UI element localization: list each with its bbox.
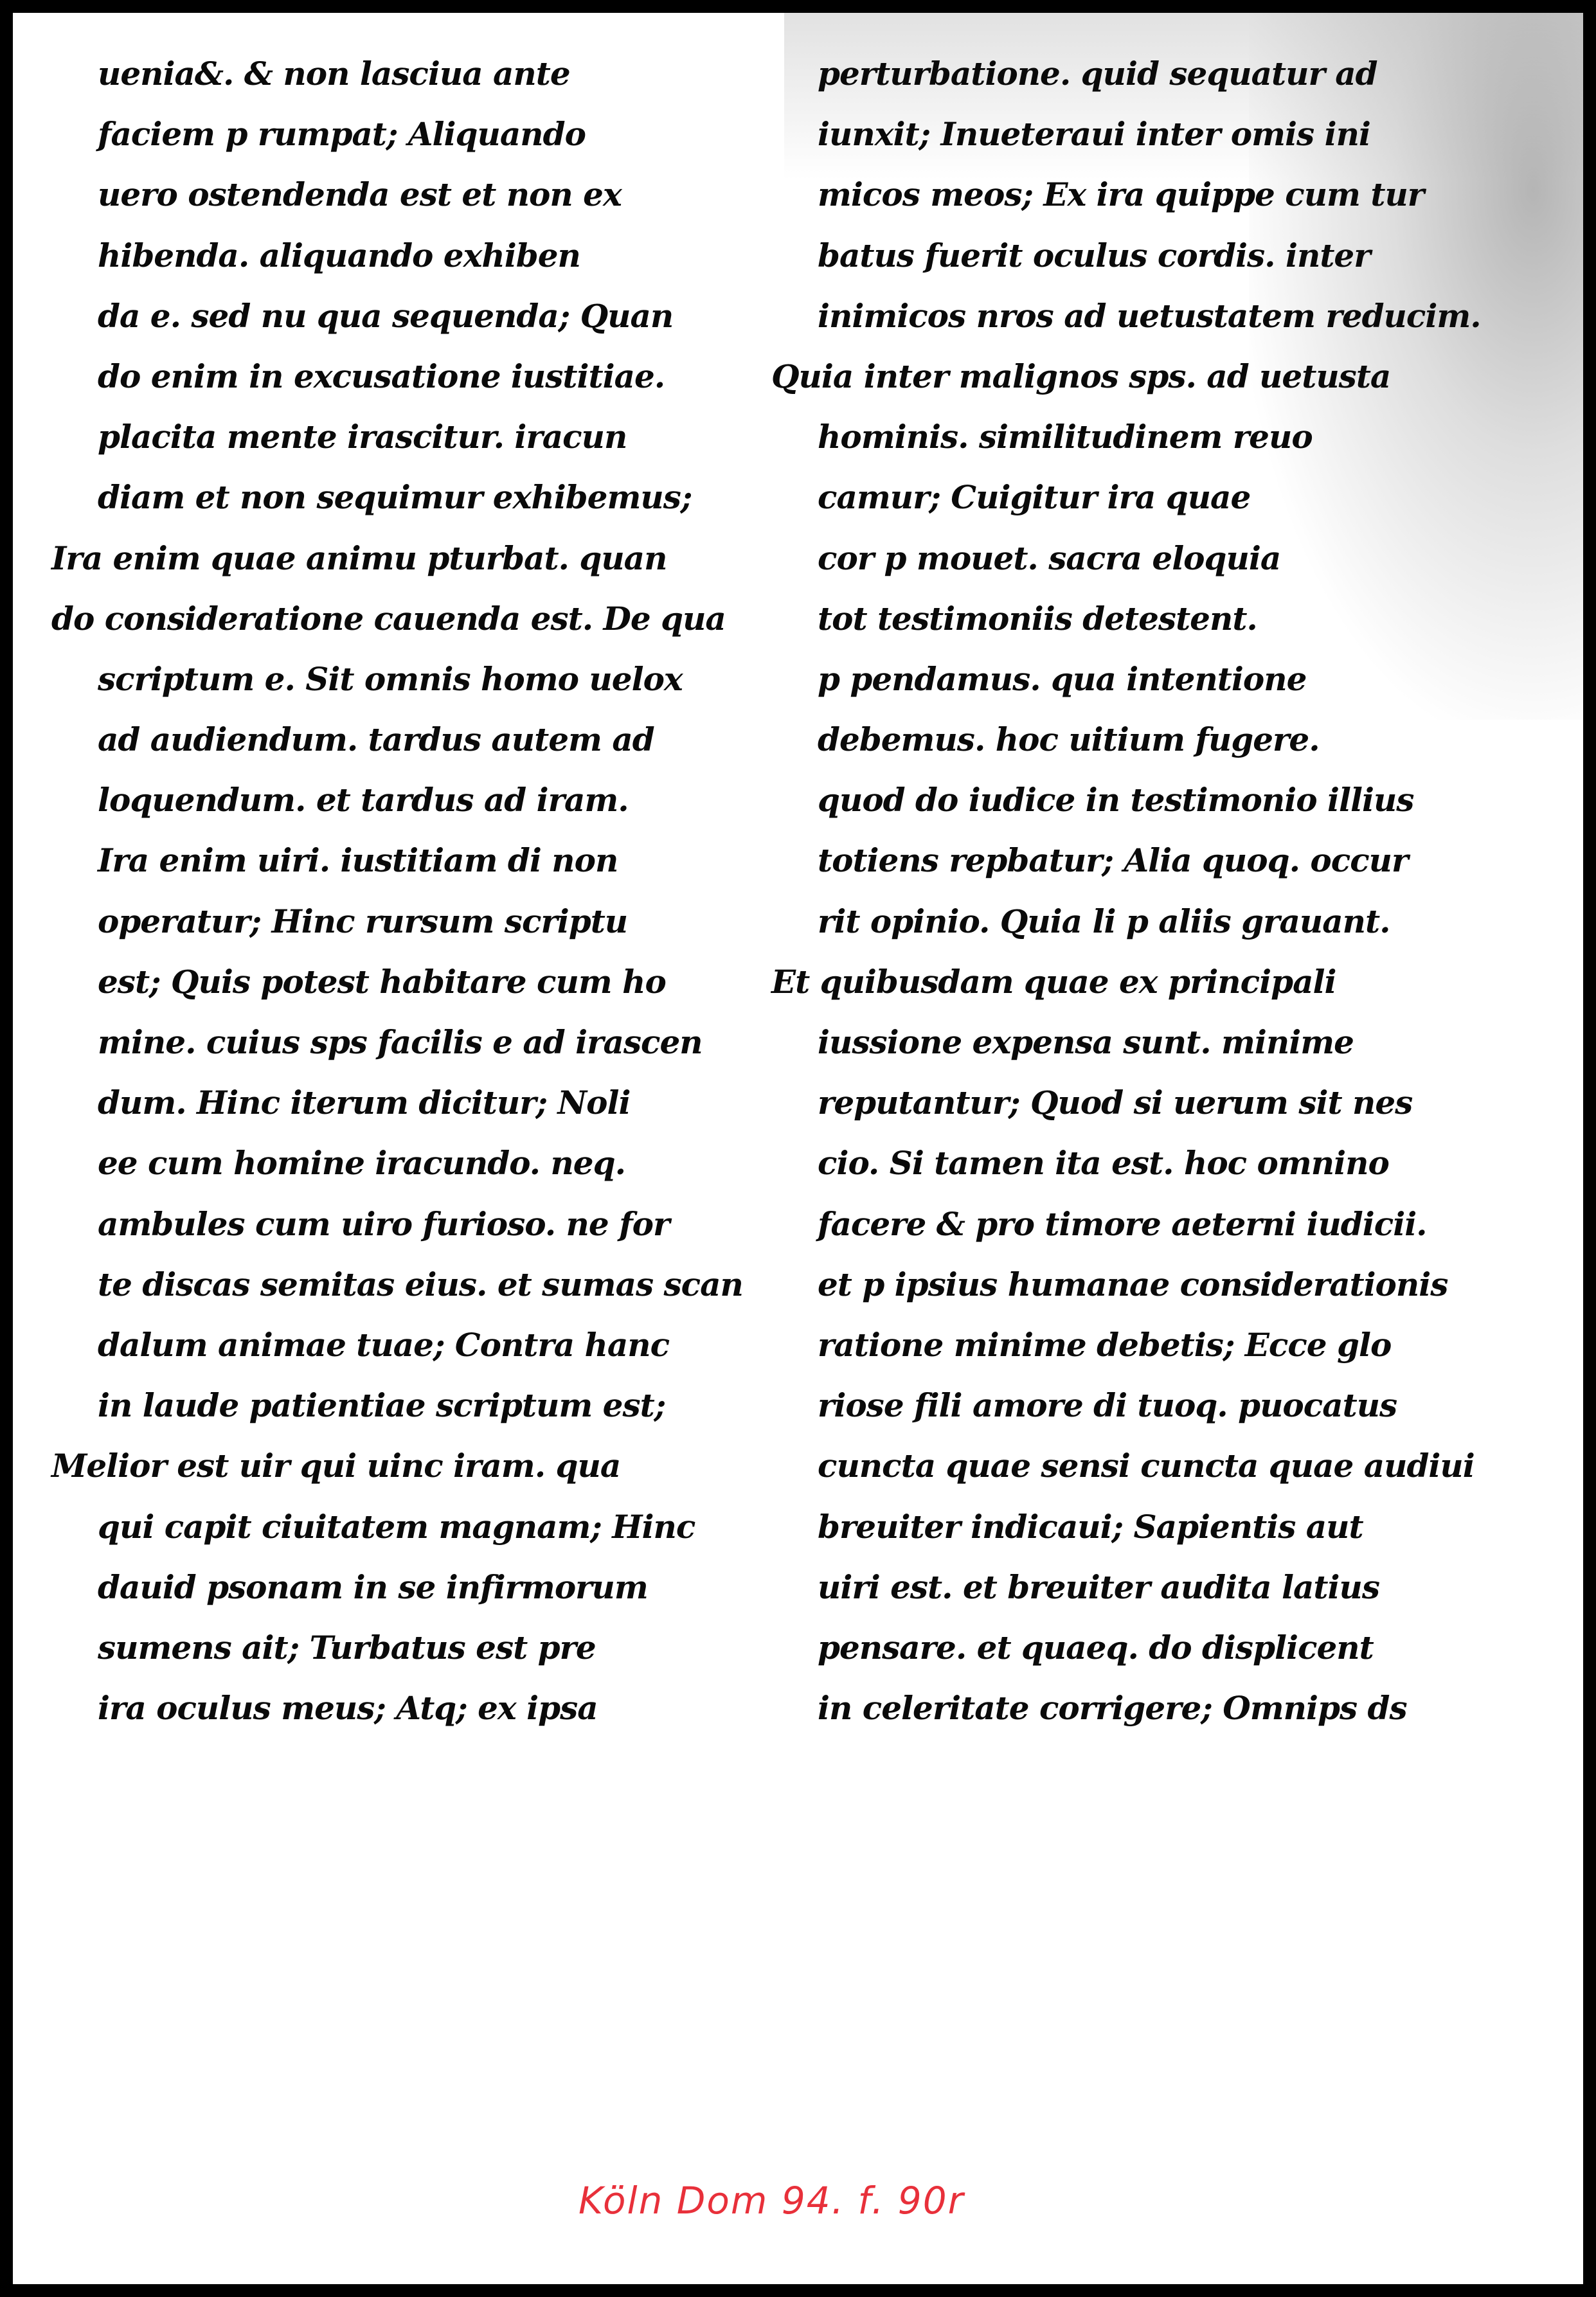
manuscript-line: cio. Si tamen ita est. hoc omnino (771, 1133, 1453, 1193)
manuscript-line: iussione expensa sunt. minime (771, 1012, 1453, 1073)
manuscript-line: batus fuerit oculus cordis. inter (771, 226, 1453, 286)
shelfmark-annotation: Köln Dom 94. f. 90r (578, 2179, 964, 2222)
manuscript-line: perturbatione. quid sequatur ad (771, 44, 1453, 104)
manuscript-line: pensare. et quaeq. do displicent (771, 1618, 1453, 1678)
manuscript-line: do enim in excusatione iustitiae. (51, 346, 720, 407)
manuscript-line: reputantur; Quod si uerum sit nes (771, 1073, 1453, 1133)
manuscript-line: sumens ait; Turbatus est pre (51, 1618, 720, 1678)
manuscript-line: faciem p rumpat; Aliquando (51, 104, 720, 165)
manuscript-line: hibenda. aliquando exhiben (51, 226, 720, 286)
manuscript-line: inimicos nros ad uetustatem reducim. (771, 286, 1453, 346)
manuscript-line: dauid psonam in se infirmorum (51, 1557, 720, 1618)
manuscript-line: mine. cuius sps facilis e ad irascen (51, 1012, 720, 1073)
manuscript-line: in celeritate corrigere; Omnips ds (771, 1678, 1453, 1738)
manuscript-line: Melior est uir qui uinc iram. qua (51, 1436, 720, 1496)
manuscript-line: dum. Hinc iterum dicitur; Noli (51, 1073, 720, 1133)
manuscript-line: riose fili amore di tuoq. puocatus (771, 1375, 1453, 1436)
manuscript-line: uiri est. et breuiter audita latius (771, 1557, 1453, 1618)
manuscript-line: totiens repbatur; Alia quoq. occur (771, 830, 1453, 891)
manuscript-line: scriptum e. Sit omnis homo uelox (51, 649, 720, 710)
manuscript-line: est; Quis potest habitare cum ho (51, 952, 720, 1012)
manuscript-line: in laude patientiae scriptum est; (51, 1375, 720, 1436)
manuscript-line: loquendum. et tardus ad iram. (51, 770, 720, 830)
manuscript-line: Ira enim uiri. iustitiam di non (51, 830, 720, 891)
manuscript-line: uenia&. & non lasciua ante (51, 44, 720, 104)
manuscript-line: da e. sed nu qua sequenda; Quan (51, 286, 720, 346)
manuscript-line: ratione minime debetis; Ecce glo (771, 1315, 1453, 1375)
manuscript-line: Quia inter malignos sps. ad uetusta (771, 346, 1453, 407)
manuscript-line: breuiter indicaui; Sapientis aut (771, 1497, 1453, 1557)
manuscript-line: micos meos; Ex ira quippe cum tur (771, 165, 1453, 225)
manuscript-line: cuncta quae sensi cuncta quae audiui (771, 1436, 1453, 1496)
right-text-column: perturbatione. quid sequatur adiunxit; I… (771, 44, 1453, 1738)
manuscript-line: qui capit ciuitatem magnam; Hinc (51, 1497, 720, 1557)
manuscript-line: Ira enim quae animu pturbat. quan (51, 528, 720, 589)
manuscript-line: camur; Cuigitur ira quae (771, 467, 1453, 528)
manuscript-page: uenia&. & non lasciua antefaciem p rumpa… (13, 13, 1583, 2284)
manuscript-line: cor p mouet. sacra eloquia (771, 528, 1453, 589)
manuscript-line: te discas semitas eius. et sumas scan (51, 1255, 720, 1315)
manuscript-line: hominis. similitudinem reuo (771, 407, 1453, 467)
manuscript-line: diam et non sequimur exhibemus; (51, 467, 720, 528)
manuscript-line: do consideratione cauenda est. De qua (51, 589, 720, 649)
manuscript-line: p pendamus. qua intentione (771, 649, 1453, 710)
manuscript-line: iunxit; Inueteraui inter omis ini (771, 104, 1453, 165)
manuscript-line: placita mente irascitur. iracun (51, 407, 720, 467)
manuscript-line: tot testimoniis detestent. (771, 589, 1453, 649)
manuscript-line: rit opinio. Quia li p aliis grauant. (771, 891, 1453, 952)
manuscript-line: operatur; Hinc rursum scriptu (51, 891, 720, 952)
left-text-column: uenia&. & non lasciua antefaciem p rumpa… (51, 44, 720, 1738)
manuscript-line: quod do iudice in testimonio illius (771, 770, 1453, 830)
manuscript-line: dalum animae tuae; Contra hanc (51, 1315, 720, 1375)
manuscript-line: facere & pro timore aeterni iudicii. (771, 1194, 1453, 1255)
manuscript-line: debemus. hoc uitium fugere. (771, 710, 1453, 770)
manuscript-line: ira oculus meus; Atq; ex ipsa (51, 1678, 720, 1738)
manuscript-line: Et quibusdam quae ex principali (771, 952, 1453, 1012)
manuscript-line: ee cum homine iracundo. neq. (51, 1133, 720, 1193)
manuscript-line: ad audiendum. tardus autem ad (51, 710, 720, 770)
manuscript-line: uero ostendenda est et non ex (51, 165, 720, 225)
manuscript-line: et p ipsius humanae considerationis (771, 1255, 1453, 1315)
manuscript-line: ambules cum uiro furioso. ne for (51, 1194, 720, 1255)
